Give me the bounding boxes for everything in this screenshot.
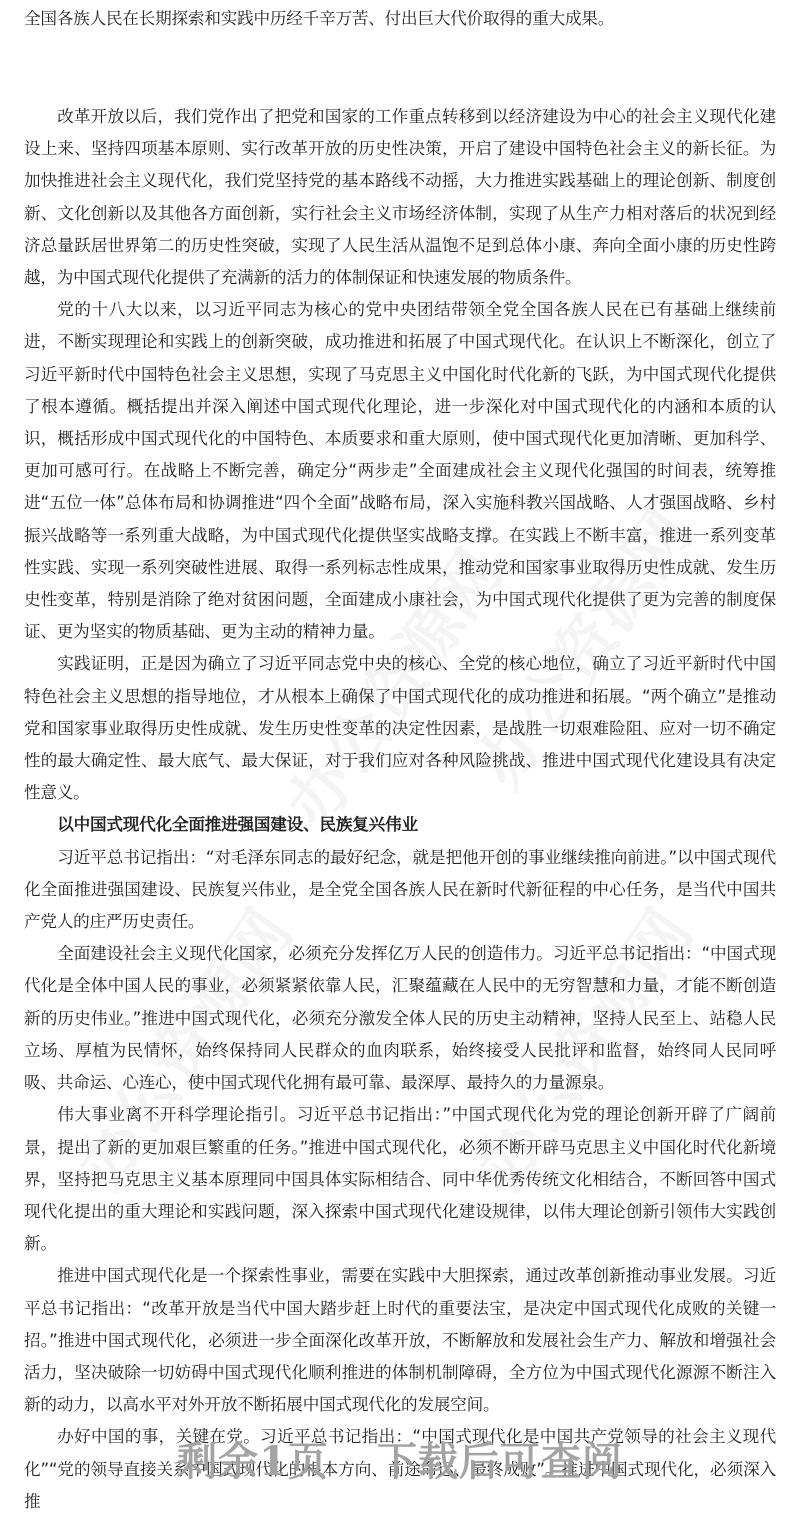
download-to-view-label: 下载后可查阅 <box>377 1430 623 1487</box>
section-heading: 以中国式现代化全面推进强国建设、民族复兴伟业 <box>24 809 776 841</box>
paragraph: 伟大事业离不开科学理论指引。习近平总书记指出：”中国式现代化为党的理论创新开辟了… <box>24 1099 776 1260</box>
paragraph-fragment: 全国各族人民在长期探索和实践中历经千辛万苦、付出巨大代价取得的重大成果。 <box>24 3 776 35</box>
document-page: 办公资源网 办公资源网 办公资源网 办公资源网 全国各族人民在长期探索和实践中历… <box>0 0 800 1536</box>
download-prompt-banner[interactable]: 剩余1页下载后可查阅 <box>0 1430 800 1487</box>
remaining-pages-label: 剩余1页 <box>177 1430 329 1487</box>
paragraph: 党的十八大以来，以习近平同志为核心的党中央团结带领全党全国各族人民在已有基础上继… <box>24 294 776 648</box>
paragraph: 全面建设社会主义现代化国家，必须充分发挥亿万人民的创造伟力。习近平总书记指出：“… <box>24 938 776 1099</box>
top-fragment: 全国各族人民在长期探索和实践中历经千辛万苦、付出巨大代价取得的重大成果。 <box>24 3 776 35</box>
paragraph: 推进中国式现代化是一个探索性事业，需要在实践中大胆探索，通过改革创新推动事业发展… <box>24 1260 776 1421</box>
paragraph: 习近平总书记指出：“对毛泽东同志的最好纪念，就是把他开创的事业继续推向前进。”以… <box>24 842 776 939</box>
paragraph: 改革开放以后，我们党作出了把党和国家的工作重点转移到以经济建设为中心的社会主义现… <box>24 101 776 294</box>
paragraph: 实践证明，正是因为确立了习近平同志党中央的核心、全党的核心地位，确立了习近平新时… <box>24 648 776 809</box>
body-section-1: 改革开放以后，我们党作出了把党和国家的工作重点转移到以经济建设为中心的社会主义现… <box>24 101 776 1518</box>
